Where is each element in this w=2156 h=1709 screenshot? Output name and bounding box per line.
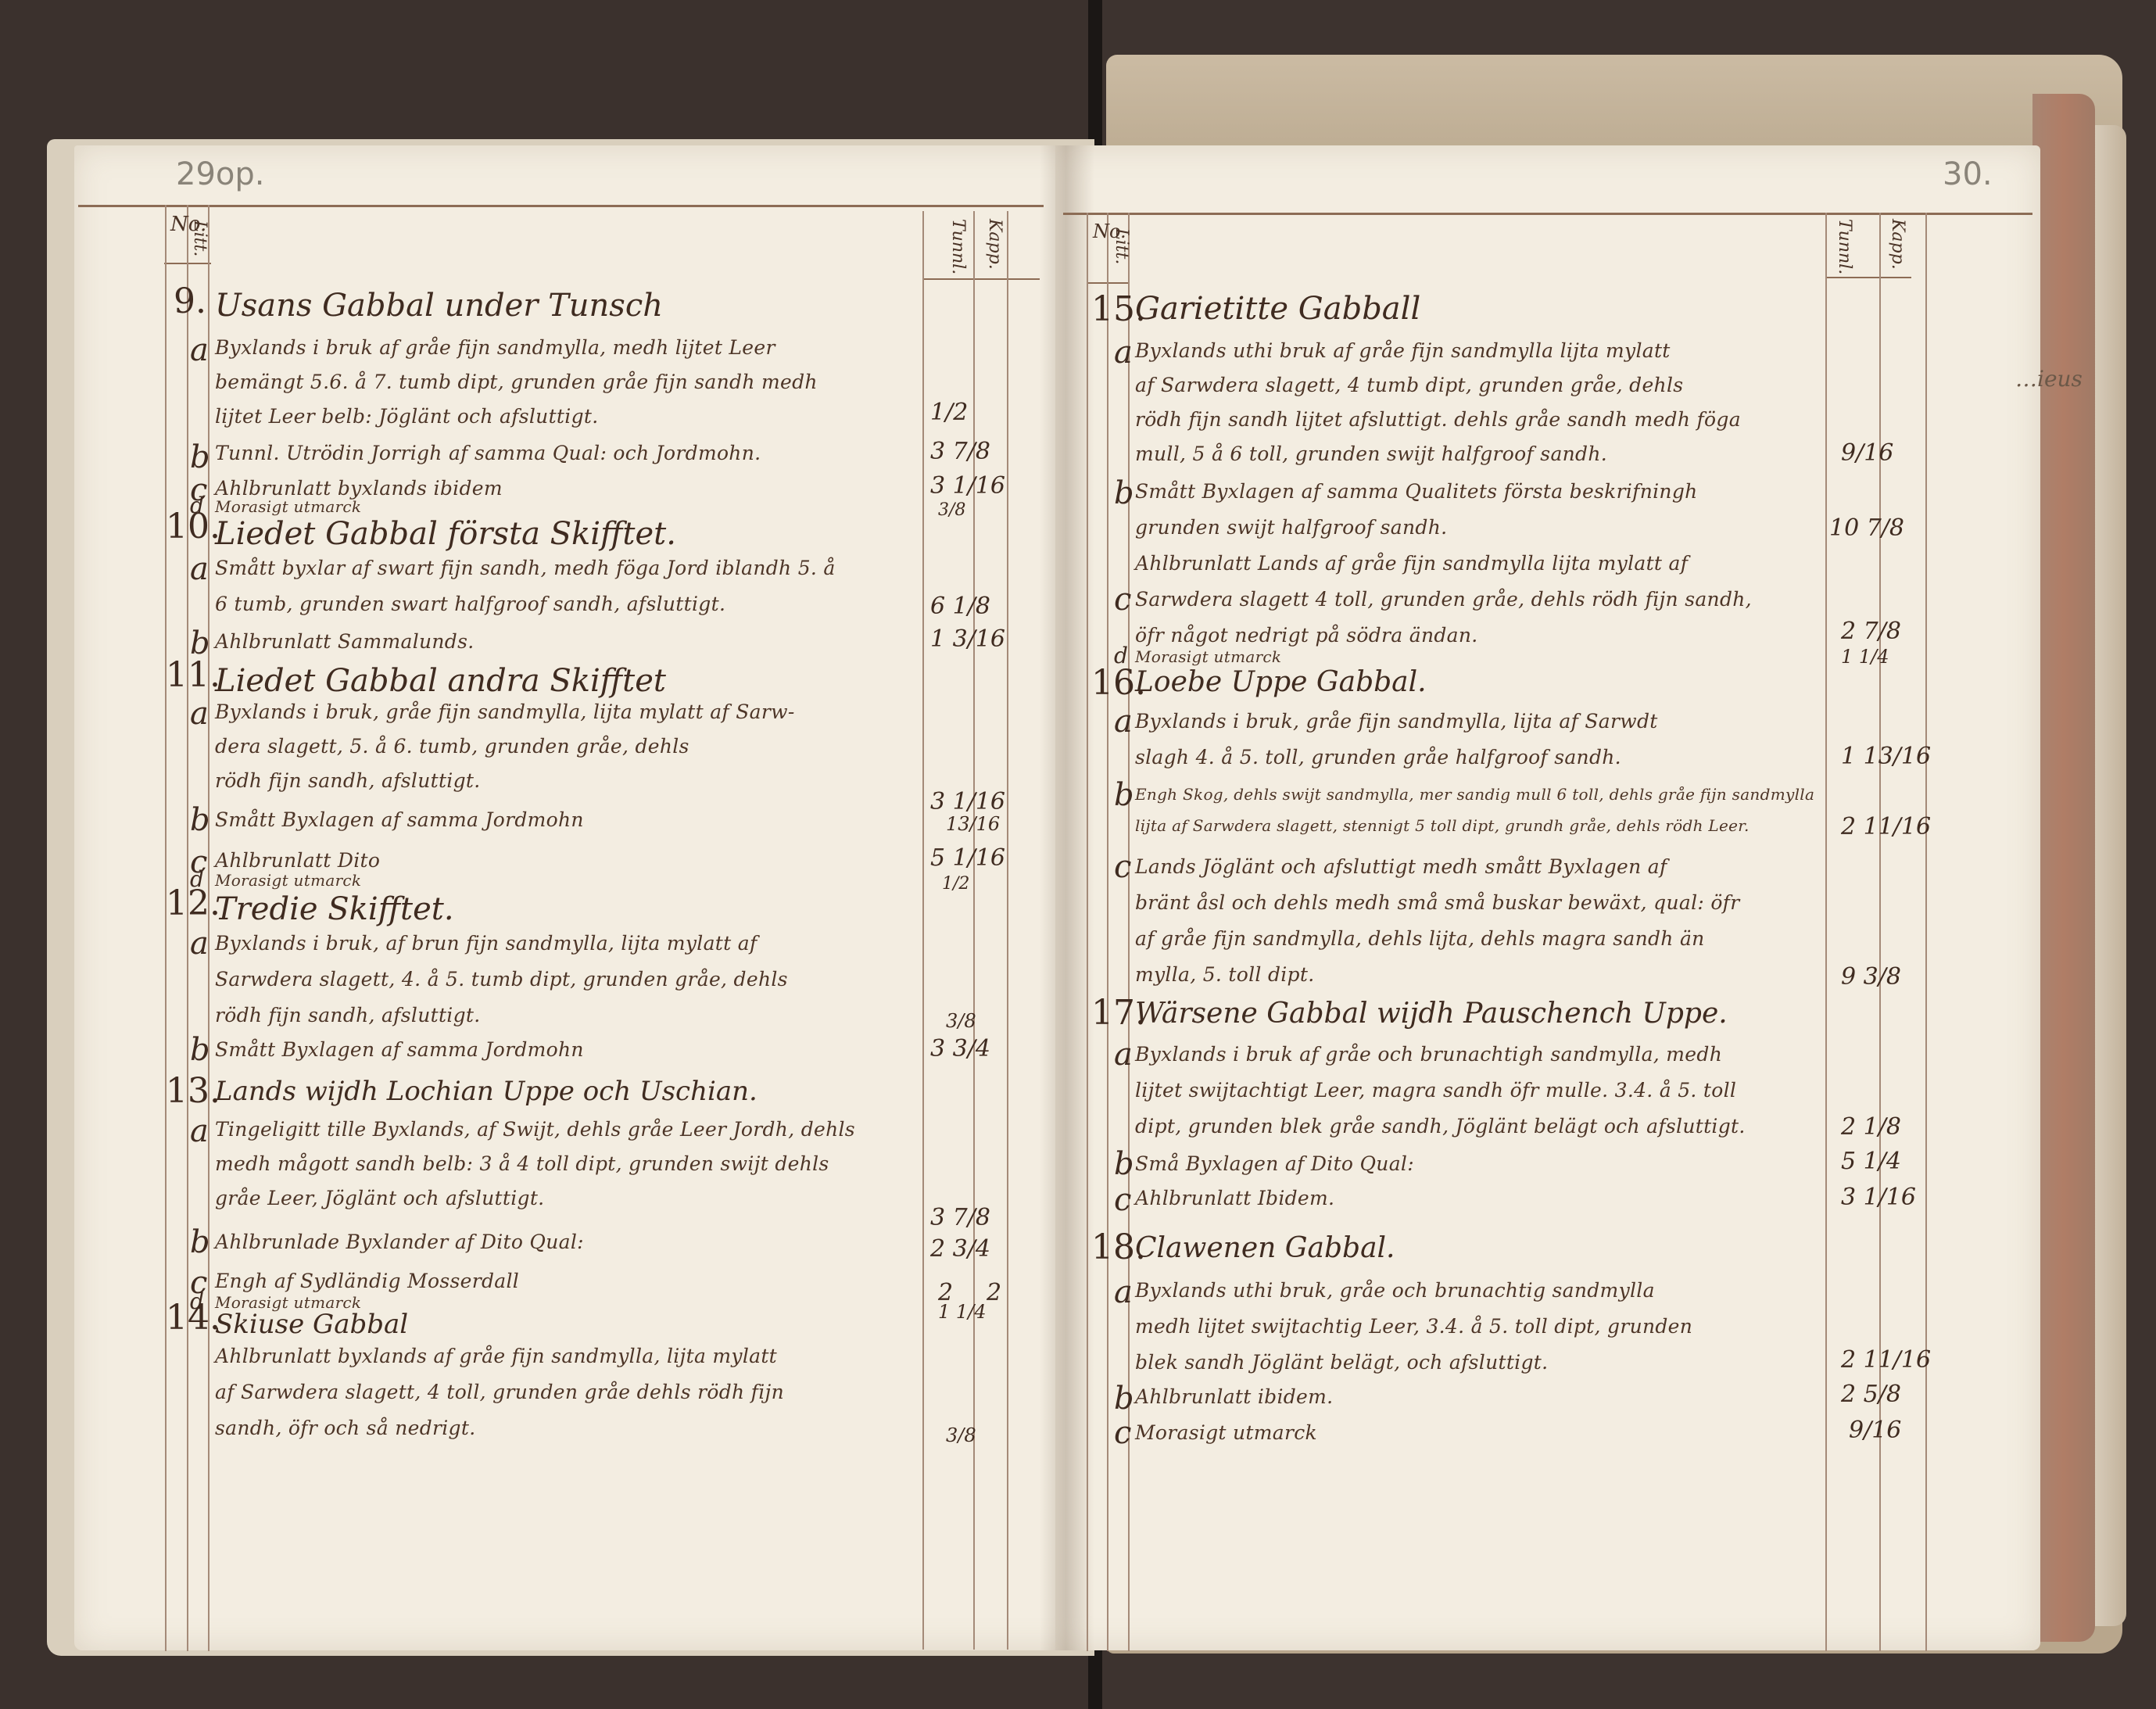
entry-text-line: Byxlands i bruk af gråe och brunachtigh … [1135,1043,1722,1066]
col-rule-end-left [1007,211,1008,1650]
entry-text-line: Sarwdera slagett 4 toll, grunden gråe, d… [1135,588,1752,611]
value-tunnl: 3/8 [938,500,965,520]
value-tunnl: 1 13/16 [1841,743,1931,770]
entry-text-line: Smått Byxlagen af samma Jordmohn [215,808,584,831]
entry-text-line: bränt åsl och dehls medh små små buskar … [1135,891,1739,914]
entry-title: Loebe Uppe Gabbal. [1135,666,1427,698]
value-tunnl: 3/8 [946,1424,976,1446]
entry-litt: a [1114,704,1133,740]
entry-text-line: Små Byxlagen af Dito Qual: [1135,1152,1414,1175]
entry-title: Liedet Gabbal andra Skifftet [215,663,666,699]
entry-text-line: Ahlbrunlatt byxlands af gråe fijn sandmy… [215,1345,777,1367]
entry-text-line: dipt, grunden blek gråe sandh, Jöglänt b… [1135,1115,1746,1138]
entry-litt: c [1114,849,1131,885]
entry-text-line: Smått Byxlagen af samma Jordmohn [215,1038,584,1061]
entry-text-line: gråe Leer, Jöglänt och afsluttigt. [215,1187,544,1209]
col-rule-no-right [1087,213,1088,1651]
entry-text-line: Byxlands i bruk, gråe fijn sandmylla, li… [1135,710,1658,733]
value-tunnl: 3 3/4 [930,1035,990,1062]
entry-litt: a [1114,1037,1133,1073]
entry-litt: a [190,551,209,587]
entry-text-line: medh lijtet swijtachtig Leer, 3.4. å 5. … [1135,1315,1692,1338]
entry-text-line: lijta af Sarwdera slagett, stennigt 5 to… [1135,816,1750,835]
entry-text-line: Sarwdera slagett, 4. å 5. tumb dipt, gru… [215,968,788,991]
entry-litt: b [1114,777,1134,813]
worn-binding-edge [2032,94,2095,1642]
value-tunnl: 1/2 [942,874,969,894]
col-rule-litt-left [187,205,188,1651]
header-under-rule-right-cols [1825,277,1911,278]
value-tunnl: 1 1/4 [1841,646,1889,668]
entry-litt: a [190,1113,209,1149]
header-rule-left [78,205,1044,207]
header-litt-right: Litt. [1112,228,1131,264]
entry-text-line: sandh, öfr och så nedrigt. [215,1417,475,1439]
page-fore-edge [2095,125,2126,1626]
entry-title: Skiuse Gabbal [215,1309,408,1340]
header-rule-right [1063,213,2032,215]
value-tunnl: 2 11/16 [1841,813,1931,840]
entry-title: Wärsene Gabbal wijdh Pauschench Uppe. [1135,998,1728,1030]
value-tunnl: 3 7/8 [930,1204,990,1231]
entry-text-line: Tingeligitt tille Byxlands, af Swijt, de… [215,1118,855,1141]
entry-text-line: rödh fijn sandh, afsluttigt. [215,1004,481,1026]
entry-litt: b [190,439,210,475]
entry-text-line: Ahlbrunlatt Lands af gråe fijn sandmylla… [1135,552,1688,575]
header-kapp-right: Kapp. [1888,219,1907,270]
header-litt-left: Litt. [190,220,210,256]
entry-text-line: bemängt 5.6. å 7. tumb dipt, grunden grå… [215,371,818,393]
header-kapp-left: Kapp. [985,219,1005,270]
entry-text-line: rödh fijn sandh, afsluttigt. [215,769,481,792]
entry-litt: a [1114,1274,1133,1310]
entry-text-line: Byxlands i bruk, gråe fijn sandmylla, li… [215,700,795,723]
header-under-rule-left-cols [922,278,1040,280]
entry-title: Tredie Skifftet. [215,891,454,927]
entry-number: 13. [166,1071,220,1111]
value-tunnl: 3/8 [946,1010,976,1032]
entry-text-line: Smått byxlar af swart fijn sandh, medh f… [215,557,836,579]
value-tunnl: 9 3/8 [1841,963,1901,991]
value-tunnl: 2 5/8 [1841,1381,1901,1408]
entry-litt: b [1114,1146,1134,1182]
entry-text-line: Smått Byxlagen af samma Qualitets första… [1135,480,1698,503]
value-tunnl: 3 1/16 [930,788,1005,815]
entry-litt: c [1114,1415,1131,1451]
entry-title: Clawenen Gabbal. [1135,1232,1395,1264]
entry-text-line: Morasigt utmarck [1135,647,1281,666]
entry-litt: b [190,1032,210,1068]
value-tunnl: 1/2 [930,399,968,426]
entry-litt: b [1114,475,1134,511]
entry-text-line: slagh 4. å 5. toll, grunden gråe halfgro… [1135,746,1621,769]
entry-text-line: Byxlands uthi bruk af gråe fijn sandmyll… [1135,339,1671,362]
entry-litt: c [1114,1182,1131,1218]
entry-text-line: mull, 5 å 6 toll, grunden swijt halfgroo… [1135,442,1607,465]
value-tunnl: 9/16 [1849,1417,1901,1444]
entry-text-line: rödh fijn sandh lijtet afsluttigt. dehls… [1135,408,1741,431]
entry-text-line: blek sandh Jöglänt belägt, och afsluttig… [1135,1351,1548,1374]
entry-number: 11. [166,655,220,695]
col-rule-end-right [1925,213,1927,1651]
entry-text-line: Ahlbrunlatt byxlands ibidem [215,477,503,500]
entry-title: Usans Gabbal under Tunsch [215,288,663,324]
entry-litt: a [1114,335,1133,371]
entry-number: 14. [166,1298,220,1338]
entry-text-line: Byxlands i bruk, af brun fijn sandmylla,… [215,932,757,955]
entry-text-line: mylla, 5. toll dipt. [1135,963,1314,986]
col-rule-litt-right [1107,213,1108,1651]
col-rule-no-left [165,205,167,1651]
entry-litt: c [1114,582,1131,618]
entry-text-line: Byxlands uthi bruk, gråe och brunachtig … [1135,1279,1655,1302]
folio-number-right: 30. [1943,156,1993,192]
entry-litt: b [1114,1381,1134,1417]
entry-text-line: Engh af Sydländig Mosserdall [215,1270,519,1292]
value-tunnl: 3 7/8 [930,438,990,465]
entry-text-line: medh mågott sandh belb: 3 å 4 toll dipt,… [215,1152,829,1175]
entry-text-line: öfr något nedrigt på södra ändan. [1135,624,1478,647]
entry-text-line: Ahlbrunlatt Sammalunds. [215,630,474,653]
entry-text-line: Byxlands i bruk af gråe fijn sandmylla, … [215,336,775,359]
entry-litt: a [190,332,209,368]
entry-litt: b [190,1224,210,1260]
value-tunnl: 2 1/8 [1841,1113,1901,1141]
entry-litt: a [190,696,209,732]
entry-text-line: dera slagett, 5. å 6. tumb, grunden gråe… [215,735,689,758]
value-tunnl: 13/16 [946,813,1000,835]
value-tunnl: 9/16 [1841,439,1893,467]
entry-text-line: lijtet Leer belb: Jöglänt och afsluttigt… [215,405,598,428]
entry-number: 12. [166,883,220,923]
header-tunnl-right: Tunnl. [1835,219,1854,274]
value-tunnl: 6 1/8 [930,593,990,620]
entry-title: Liedet Gabbal första Skifftet. [215,516,676,552]
value-tunnl: 1 1/4 [938,1301,987,1323]
entry-title: Lands wijdh Lochian Uppe och Uschian. [215,1076,757,1107]
value-tunnl: 5 1/4 [1841,1148,1901,1175]
entry-text-line: Tunnl. Utrödin Jorrigh af samma Qual: oc… [215,442,761,464]
entry-text-line: Ahlbrunlade Byxlander af Dito Qual: [215,1231,584,1253]
value-tunnl: 2 7/8 [1841,618,1901,645]
value-tunnl: 5 1/16 [930,844,1005,872]
value-tunnl: 1 3/16 [930,625,1005,653]
value-tunnl: 2 3/4 [930,1235,990,1263]
col-rule-tunnl-left [922,211,924,1650]
entry-litt: b [190,802,210,838]
header-tunnl-left: Tunnl. [948,219,968,274]
entry-number: 9. [174,281,206,321]
value-tunnl: 10 7/8 [1829,514,1904,542]
entry-text-line: Lands Jöglänt och afsluttigt medh smått … [1135,855,1667,878]
entry-text-line: lijtet swijtachtigt Leer, magra sandh öf… [1135,1079,1736,1102]
entry-litt: a [190,926,209,962]
value-kapp: 2 [987,1279,1001,1306]
entry-text-line: grunden swijt halfgroof sandh. [1135,516,1447,539]
entry-text-line: Morasigt utmarck [1135,1421,1317,1444]
folio-number-left: 29op. [176,156,264,192]
value-tunnl: 3 1/16 [1841,1184,1916,1211]
entry-text-line: af Sarwdera slagett, 4 tumb dipt, grunde… [1135,374,1683,396]
value-tunnl: 3 1/16 [930,472,1005,500]
entry-text-line: Ahlbrunlatt Dito [215,849,380,872]
entry-text-line: Morasigt utmarck [215,871,361,890]
entry-text-line: 6 tumb, grunden swart halfgroof sandh, a… [215,593,725,615]
entry-number: 10. [166,507,220,546]
entry-text-line: af Sarwdera slagett, 4 toll, grunden grå… [215,1381,784,1403]
value-tunnl: 2 11/16 [1841,1346,1931,1374]
entry-text-line: Morasigt utmarck [215,497,361,516]
col-rule-tunnl-right [1825,213,1827,1651]
entry-text-line: Ahlbrunlatt ibidem. [1135,1385,1333,1408]
margin-note: …ieus [2015,366,2083,392]
entry-text-line: Ahlbrunlatt Ibidem. [1135,1187,1334,1209]
entry-text-line: Engh Skog, dehls swijt sandmylla, mer sa… [1135,785,1814,804]
entry-text-line: af gråe fijn sandmylla, dehls lijta, deh… [1135,927,1705,950]
entry-title: Garietitte Gabball [1135,291,1420,327]
